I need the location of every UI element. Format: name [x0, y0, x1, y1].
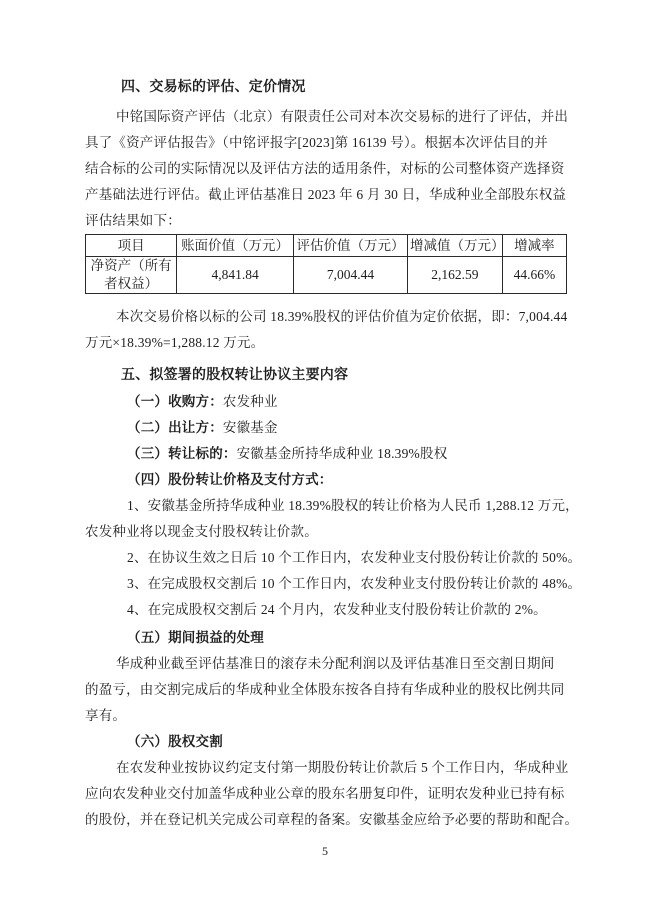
- table-cell-change-rate: 44.66%: [502, 257, 566, 294]
- list-item-value: 农发种业: [223, 394, 278, 409]
- document-page: 四、交易标的评估、定价情况 中铭国际资产评估（北京）有限责任公司对本次交易标的进…: [0, 0, 650, 919]
- paragraph-line: 农发种业将以现金支付股权转让价款。: [85, 519, 565, 545]
- table-row: 净资产（所有者权益） 4,841.84 7,004.44 2,162.59 44…: [86, 257, 567, 294]
- list-item-label: （一）收购方：: [127, 394, 223, 409]
- paragraph-line: 本次交易价格以标的公司 18.39%股权的评估价值为定价依据，即：7,004.4…: [85, 304, 565, 330]
- paragraph-line: 1、安徽基金所持华成种业 18.39%股权的转让价格为人民币 1,288.12 …: [85, 493, 565, 519]
- list-item-buyer: （一）收购方：农发种业: [85, 389, 565, 415]
- paragraph-line: 产基础法进行评估。截止评估基准日 2023 年 6 月 30 日，华成种业全部股…: [85, 182, 565, 208]
- table-cell-appraised-value: 7,004.44: [293, 257, 407, 294]
- paragraph-line: 3、在完成股权交割后 10 个工作日内，农发种业支付股份转让价款的 48%。: [85, 571, 565, 597]
- table-cell-change-value: 2,162.59: [407, 257, 502, 294]
- list-item-delivery-heading: （六）股权交割: [85, 729, 565, 755]
- section4-heading: 四、交易标的评估、定价情况: [85, 75, 565, 101]
- paragraph-line: 4、在完成股权交割后 24 个月内，农发种业支付股份转让价款的 2%。: [85, 597, 565, 623]
- table-header-cell: 评估价值（万元）: [293, 235, 407, 257]
- section5-heading: 五、拟签署的股权转让协议主要内容: [85, 363, 565, 389]
- list-item-value: 安徽基金所持华成种业 18.39%股权: [237, 446, 448, 461]
- list-item-pnl-heading: （五）期间损益的处理: [85, 625, 565, 651]
- paragraph-line: 2、在协议生效之日后 10 个工作日内，农发种业支付股份转让价款的 50%。: [85, 545, 565, 571]
- list-item-label: （二）出让方：: [127, 420, 223, 435]
- paragraph-line: 评估结果如下：: [85, 208, 565, 234]
- paragraph-line: 结合标的公司的实际情况以及评估方法的适用条件，对标的公司整体资产选择资: [85, 156, 565, 182]
- table-header-cell: 增减值（万元）: [407, 235, 502, 257]
- list-item-seller: （二）出让方：安徽基金: [85, 415, 565, 441]
- list-item-transfer-target: （三）转让标的：安徽基金所持华成种业 18.39%股权: [85, 441, 565, 467]
- table-header-row: 项目 账面价值（万元） 评估价值（万元） 增减值（万元） 增减率: [86, 235, 567, 257]
- table-header-cell: 增减率: [502, 235, 566, 257]
- page-number: 5: [85, 838, 565, 864]
- table-header-cell: 项目: [86, 235, 177, 257]
- table-cell-book-value: 4,841.84: [177, 257, 294, 294]
- paragraph-line: 应向农发种业交付加盖华成种业公章的股东名册复印件，证明农发种业已持有标: [85, 781, 565, 807]
- paragraph-line: 华成种业截至评估基准日的滚存未分配利润以及评估基准日至交割日期间: [85, 651, 565, 677]
- valuation-table: 项目 账面价值（万元） 评估价值（万元） 增减值（万元） 增减率 净资产（所有者…: [85, 234, 567, 294]
- paragraph-line: 万元×18.39%=1,288.12 万元。: [85, 330, 565, 356]
- table-cell-item: 净资产（所有者权益）: [86, 257, 177, 294]
- paragraph-line: 享有。: [85, 703, 565, 729]
- table-header-cell: 账面价值（万元）: [177, 235, 294, 257]
- list-item-value: 安徽基金: [223, 420, 278, 435]
- paragraph-line: 在农发种业按协议约定支付第一期股份转让价款后 5 个工作日内，华成种业: [85, 755, 565, 781]
- paragraph-line: 中铭国际资产评估（北京）有限责任公司对本次交易标的进行了评估，并出: [85, 104, 565, 130]
- paragraph-line: 的盈亏，由交割完成后的华成种业全体股东按各自持有华成种业的股权比例共同: [85, 677, 565, 703]
- paragraph-line: 的股份，并在登记机关完成公司章程的备案。安徽基金应给予必要的帮助和配合。: [85, 807, 565, 833]
- list-item-label: （三）转让标的：: [127, 446, 237, 461]
- paragraph-line: 具了《资产评估报告》（中铭评报字[2023]第 16139 号）。根据本次评估目…: [85, 130, 565, 156]
- list-item-price-heading: （四）股份转让价格及支付方式：: [85, 467, 565, 493]
